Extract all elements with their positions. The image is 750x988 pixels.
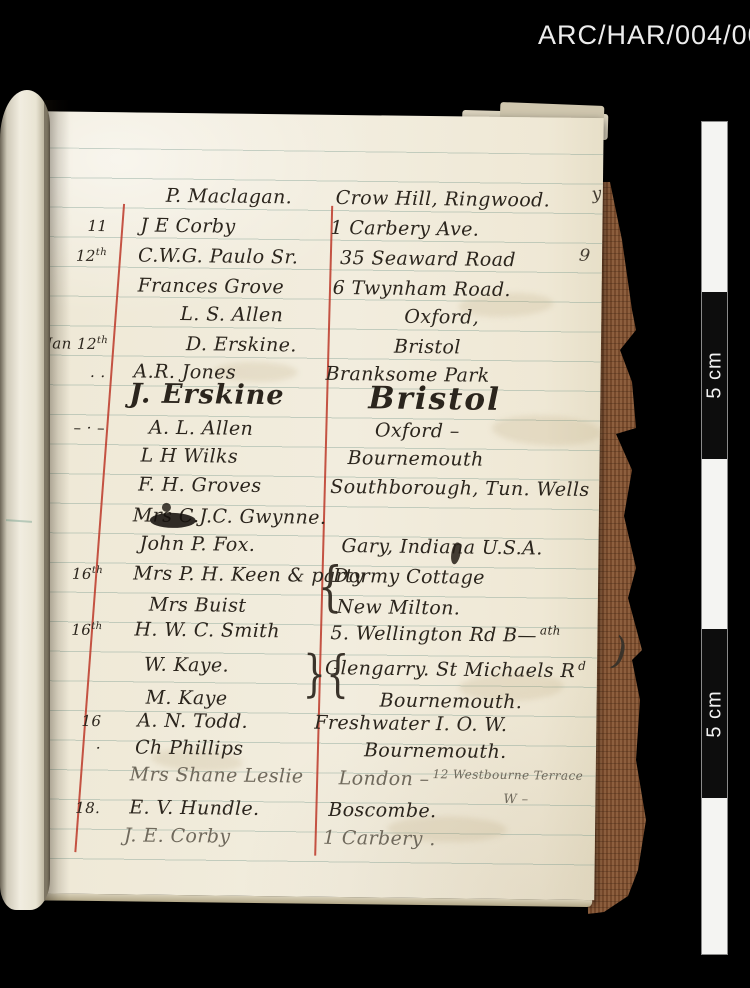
entry-name: A. L. Allen [149,417,254,440]
register-entry-row: J. E. Corby 1 Carbery . [32,823,595,862]
entry-name: H. W. C. Smith [134,618,280,642]
scale-bar: 5 cm 5 cm [701,121,728,955]
entry-name: Frances Grove [138,274,285,298]
entry-name: John P. Fox. [139,533,255,556]
scale-segment-white [702,122,727,292]
entry-address: 5. Wellington Rd B—ath [330,621,561,647]
entry-name: A. N. Todd. [137,710,248,733]
entry-address: 35 Seaward Road [340,247,516,271]
entry-name: D. Erskine. [186,333,297,356]
photo-frame: ARC/HAR/004/005 5 cm 5 cm P. Maclagan. C… [0,0,750,988]
entry-address: 1 Carbery . [323,827,436,850]
entry-address: Oxford – [375,419,460,442]
entry-name: L H Wilks [140,445,238,468]
entry-address: 6 Twynham Road. [333,277,512,301]
curl-rule-tick [6,519,32,523]
entry-name: J E Corby [140,215,235,238]
entry-name: W. Kaye. [144,654,229,677]
entry-address: Bristol [394,336,461,359]
entry-name: Ch Phillips [135,736,244,759]
entry-address: Freshwater I. O. W. [314,712,507,736]
ink-blot [150,513,196,529]
entry-address: Crow Hill, Ringwood. [336,187,551,212]
scale-label: 5 cm [703,690,726,737]
entry-name: F. H. Groves [138,473,261,497]
entry-address: Southborough, Tun. Wells [330,476,590,501]
entry-address: Bournemouth [347,447,483,471]
entry-name: J. E. Corby [124,824,231,847]
gutter-shadow [44,100,70,900]
edge-mark: 9 [578,245,591,266]
entry-name: M. Kaye [146,687,228,710]
entry-address: Bournemouth. [379,689,522,713]
edge-mark: y [591,184,603,205]
entry-address: Bristol [368,380,501,418]
entry-name: E. V. Hundle. [129,796,259,820]
entry-name: J. Erskine [129,378,285,411]
scale-segment-white [702,798,727,954]
register-page: P. Maclagan. Crow Hill, Ringwood. 11 J E… [31,111,604,900]
entry-name: C.W.G. Paulo Sr. [138,244,298,268]
entry-name: Mrs Shane Leslie [130,763,304,787]
scale-segment-black: 5 cm [702,292,727,460]
entry-address: Boscombe. [328,799,437,822]
entry-address: Gary, Indiana U.S.A. [341,535,543,559]
entry-address: Oxford, [404,306,479,329]
scale-segment-black: 5 cm [702,629,727,799]
archive-reference-label: ARC/HAR/004/005 [538,20,750,51]
ink-blot [162,503,171,512]
left-page-curl [0,90,50,910]
entry-address: Dormy Cottage [333,565,485,589]
address-note: 12 Westbourne Terrace [433,767,584,783]
entry-address: London –12 Westbourne TerraceW – [339,766,584,792]
entry-address: Glengarry. St Michaels Rd [325,656,586,683]
entry-name: Mrs Buist [149,594,247,617]
entry-name: P. Maclagan. [166,185,293,209]
entry-address: 1 Carbery Ave. [330,217,479,241]
entry-address: Bournemouth. [364,739,507,763]
scale-label: 5 cm [703,352,726,399]
entry-address: New Milton. [337,596,461,620]
scale-segment-white [702,459,727,629]
register-entries: P. Maclagan. Crow Hill, Ringwood. 11 J E… [31,111,604,900]
register-entry-row: J. Erskine Bristol [37,381,600,420]
entry-name: L. S. Allen [180,303,283,326]
